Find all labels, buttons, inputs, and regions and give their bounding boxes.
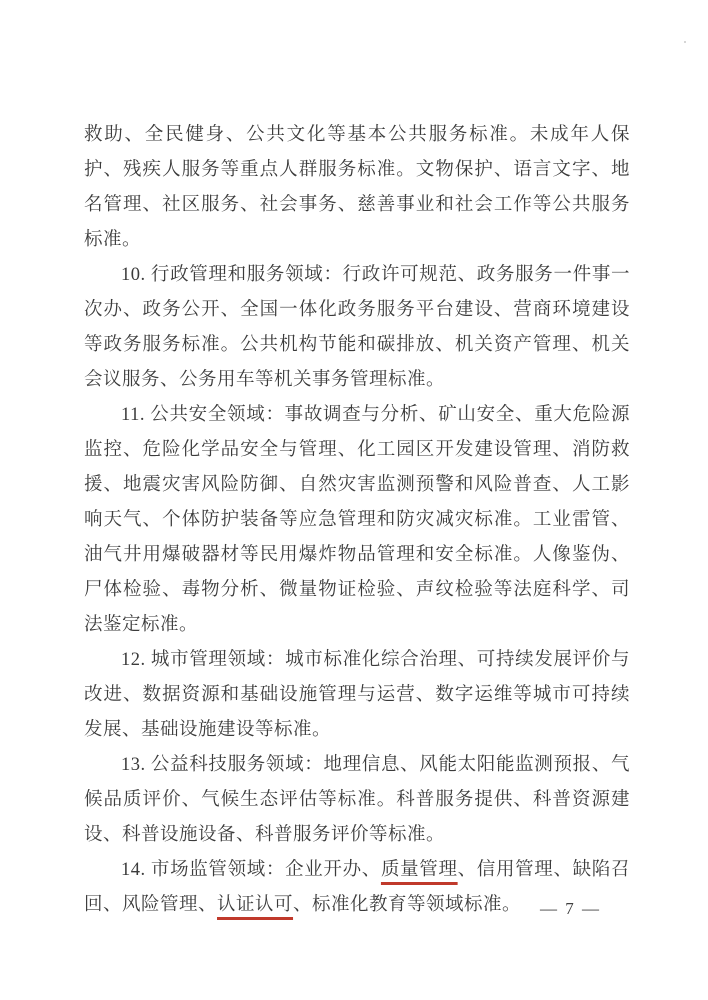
paragraph: 11. 公共安全领域：事故调查与分析、矿山安全、重大危险源监控、危险化学品安全与… bbox=[84, 398, 630, 643]
page-number: — 7 — bbox=[540, 899, 670, 919]
text-segment: 10. 行政管理和服务领域：行政许可规范、政务服务一件事一次办、政务公开、全国一… bbox=[84, 265, 630, 390]
text-segment: 救助、全民健身、公共文化等基本公共服务标准。未成年人保护、残疾人服务等重点人群服… bbox=[84, 125, 630, 250]
red-underlined-term: 质量管理 bbox=[381, 860, 458, 880]
document-body: 救助、全民健身、公共文化等基本公共服务标准。未成年人保护、残疾人服务等重点人群服… bbox=[84, 118, 630, 923]
scan-speck bbox=[684, 41, 686, 43]
paragraph: 12. 城市管理领域：城市标准化综合治理、可持续发展评价与改进、数据资源和基础设… bbox=[84, 643, 630, 748]
paragraph: 13. 公益科技服务领域：地理信息、风能太阳能监测预报、气候品质评价、气候生态评… bbox=[84, 748, 630, 853]
text-segment: 12. 城市管理领域：城市标准化综合治理、可持续发展评价与改进、数据资源和基础设… bbox=[84, 650, 630, 740]
paragraph: 10. 行政管理和服务领域：行政许可规范、政务服务一件事一次办、政务公开、全国一… bbox=[84, 258, 630, 398]
paragraph: 救助、全民健身、公共文化等基本公共服务标准。未成年人保护、残疾人服务等重点人群服… bbox=[84, 118, 630, 258]
text-segment: 13. 公益科技服务领域：地理信息、风能太阳能监测预报、气候品质评价、气候生态评… bbox=[84, 755, 630, 845]
red-underlined-term: 认证认可 bbox=[217, 895, 293, 915]
text-segment: 14. 市场监管领域：企业开办、 bbox=[121, 860, 381, 880]
text-segment: 11. 公共安全领域：事故调查与分析、矿山安全、重大危险源监控、危险化学品安全与… bbox=[84, 405, 630, 635]
text-segment: 、标准化教育等领域标准。 bbox=[293, 895, 521, 915]
scanned-document-page: 救助、全民健身、公共文化等基本公共服务标准。未成年人保护、残疾人服务等重点人群服… bbox=[0, 0, 708, 1000]
